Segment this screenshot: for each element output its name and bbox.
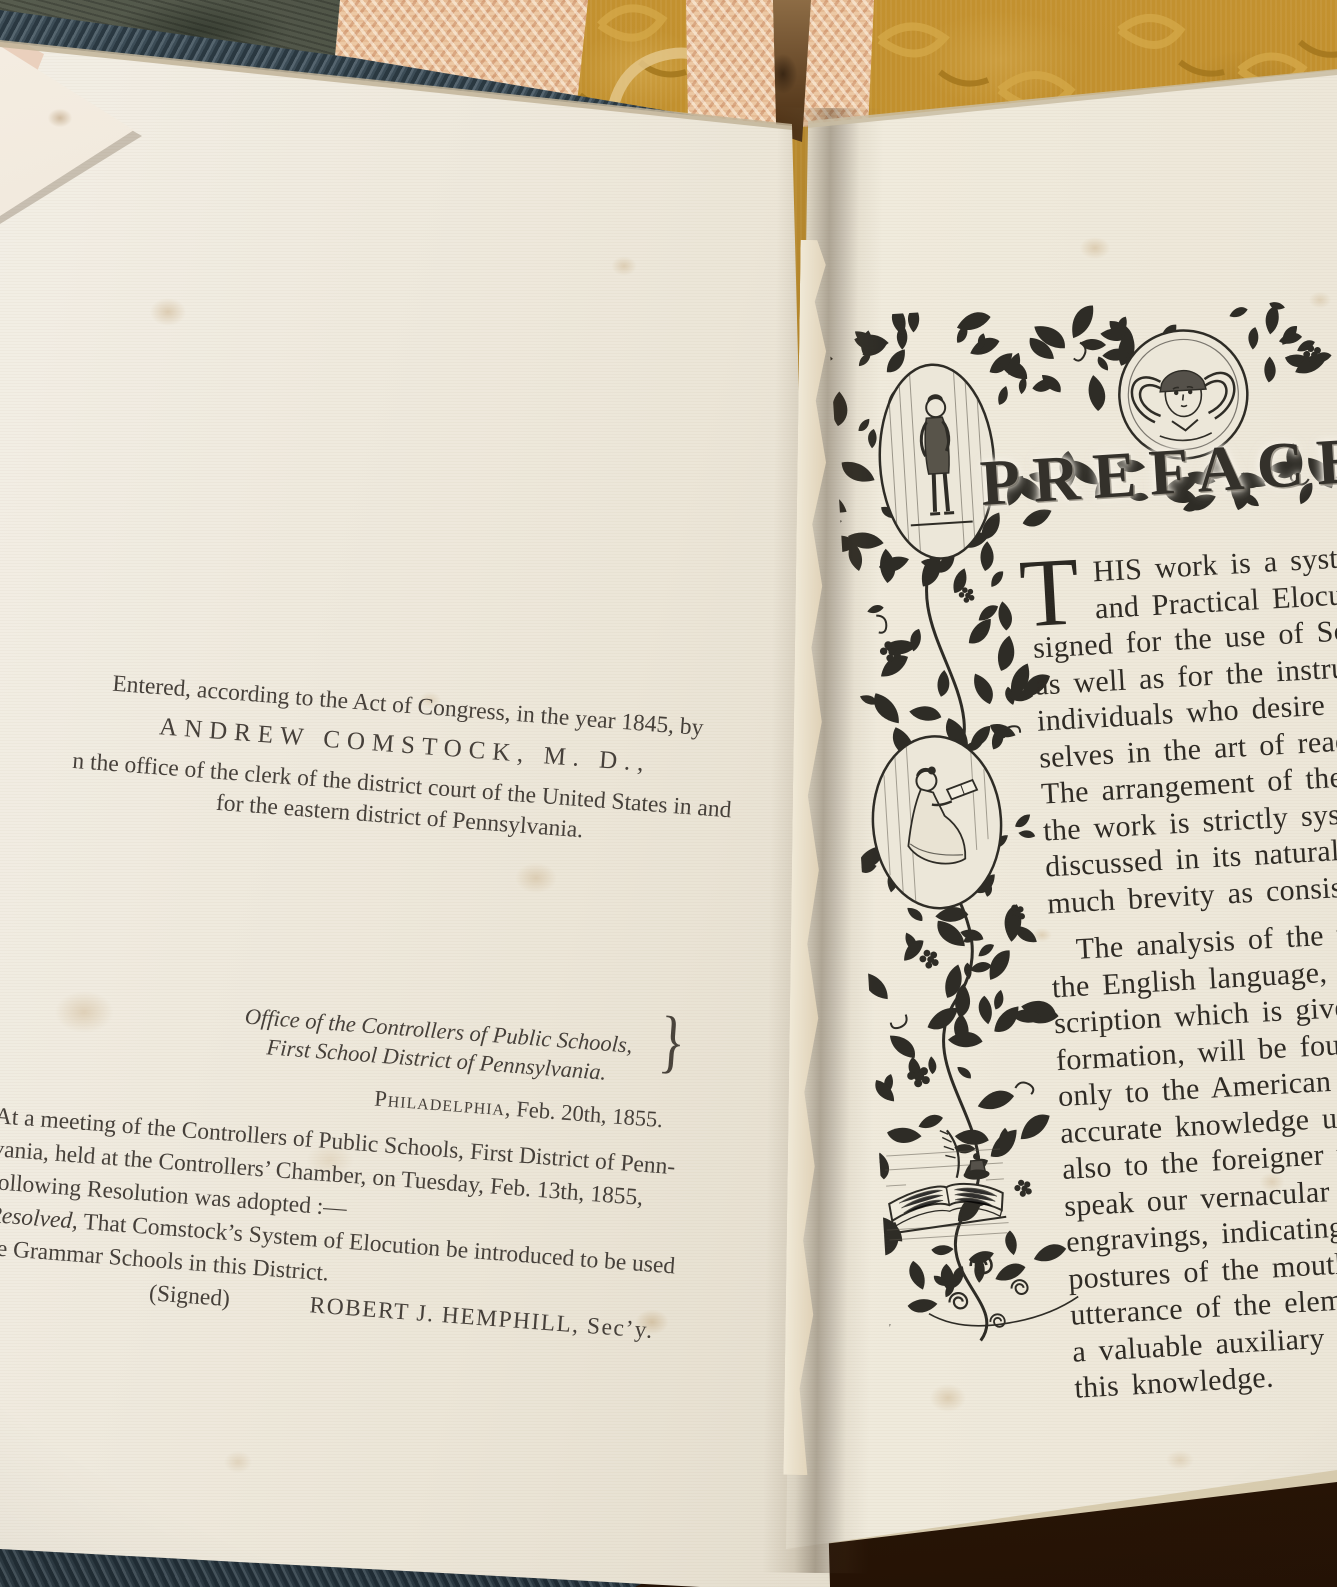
dateline-date: , Feb. 20th, 1855. [504,1095,664,1132]
engraving-book-quill-lamp [881,1127,1009,1240]
drop-cap-T: T [1018,551,1082,634]
office-block: Office of the Controllers of Public Scho… [201,999,674,1092]
open-book-photograph: Entered, according to the Act of Congres… [0,0,1337,1587]
dateline-city: Philadelphia [374,1086,507,1121]
left-page-text: Entered, according to the Act of Congres… [0,664,794,1352]
signed-label: (Signed) [148,1280,231,1313]
book-gutter-shadow [762,107,883,1573]
preface-text: T HIS work is a systemand Practical Eloc… [1028,535,1337,1408]
resolved-word: Resolved, [0,1202,79,1235]
preface-paragraph-2: The analysis of the vthe English languag… [1049,910,1337,1407]
curly-brace: } [659,1027,686,1058]
